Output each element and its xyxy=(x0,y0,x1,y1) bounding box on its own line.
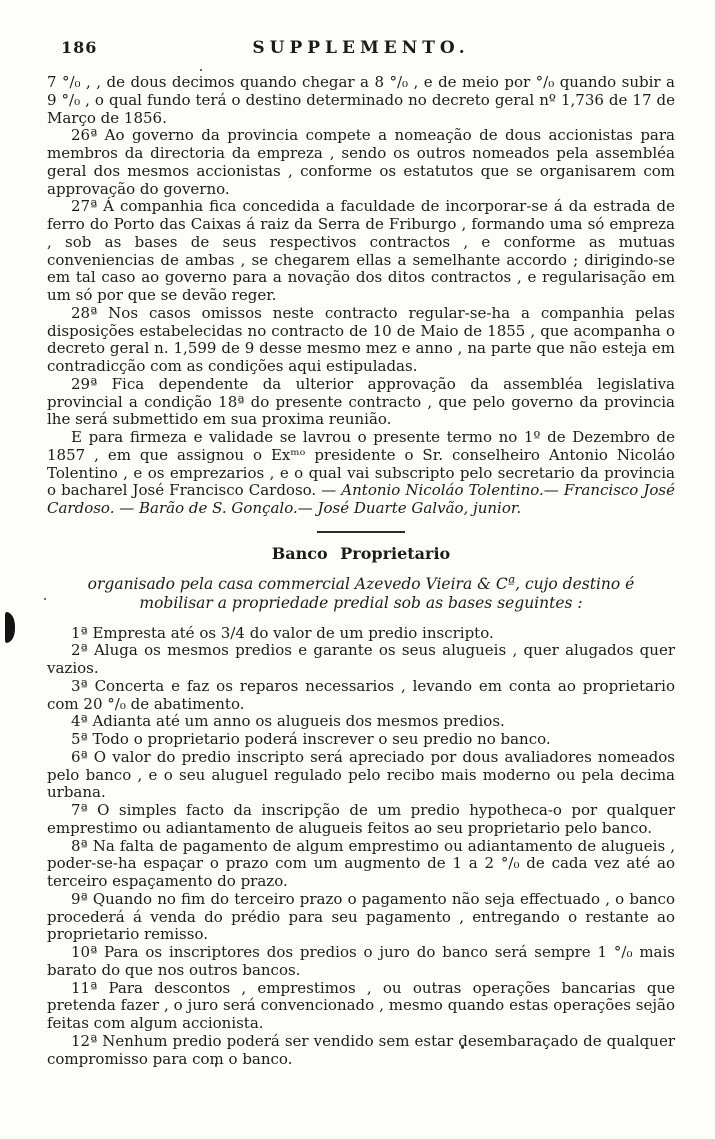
scan-speck xyxy=(461,1045,464,1049)
page-header: 186 SUPPLEMENTO. xyxy=(47,38,675,62)
rule-item-7: 7ª O simples facto da inscripção de um p… xyxy=(47,802,675,838)
rule-item-10: 10ª Para os inscriptores dos predios o j… xyxy=(47,944,675,980)
banco-rules-list: 1ª Empresta até os 3/4 do valor de um pr… xyxy=(47,625,675,1069)
rule-item-8: 8ª Na falta de pagamento de algum empres… xyxy=(47,838,675,891)
rule-item-9: 9ª Quando no fim do terceiro prazo o pag… xyxy=(47,891,675,944)
banco-section: Banco Proprietario organisado pela casa … xyxy=(47,545,675,1069)
running-title: SUPPLEMENTO. xyxy=(47,38,675,58)
contract-text-block: 7 °/₀ , , de dous decimos quando chegar … xyxy=(47,74,675,518)
rule-item-11: 11ª Para descontos , emprestimos , ou ou… xyxy=(47,980,675,1033)
clause-28: 28ª Nos casos omissos neste contracto re… xyxy=(47,305,675,376)
scanned-document-page: 186 SUPPLEMENTO. 7 °/₀ , , de dous decim… xyxy=(0,0,715,1139)
clause-27: 27ª Á companhia fica concedida a faculda… xyxy=(47,198,675,305)
section-divider xyxy=(317,531,405,533)
rule-item-2: 2ª Aluga os mesmos predios e garante os … xyxy=(47,642,675,678)
scan-speck xyxy=(215,1063,217,1067)
scan-speck xyxy=(200,69,202,71)
rule-item-6: 6ª O valor do predio inscripto será apre… xyxy=(47,749,675,802)
rule-item-1: 1ª Empresta até os 3/4 do valor de um pr… xyxy=(47,625,675,643)
rule-item-4: 4ª Adianta até um anno os alugueis dos m… xyxy=(47,713,675,731)
paragraph-continuation: 7 °/₀ , , de dous decimos quando chegar … xyxy=(47,74,675,127)
clause-29: 29ª Fica dependente da ulterior approvaç… xyxy=(47,376,675,429)
clause-26: 26ª Ao governo da provincia compete a no… xyxy=(47,127,675,198)
page-number: 186 xyxy=(61,38,97,57)
rule-item-5: 5ª Todo o proprietario poderá inscrever … xyxy=(47,731,675,749)
section-title: Banco Proprietario xyxy=(47,545,675,563)
ink-blot-mark xyxy=(5,612,15,643)
section-subtitle: organisado pela casa commercial Azevedo … xyxy=(66,575,656,613)
rule-item-3: 3ª Concerta e faz os reparos necessarios… xyxy=(47,678,675,714)
rule-item-12: 12ª Nenhum predio poderá ser vendido sem… xyxy=(47,1033,675,1069)
closing-paragraph: E para firmeza e validade se lavrou o pr… xyxy=(47,429,675,518)
scan-speck xyxy=(44,598,46,600)
